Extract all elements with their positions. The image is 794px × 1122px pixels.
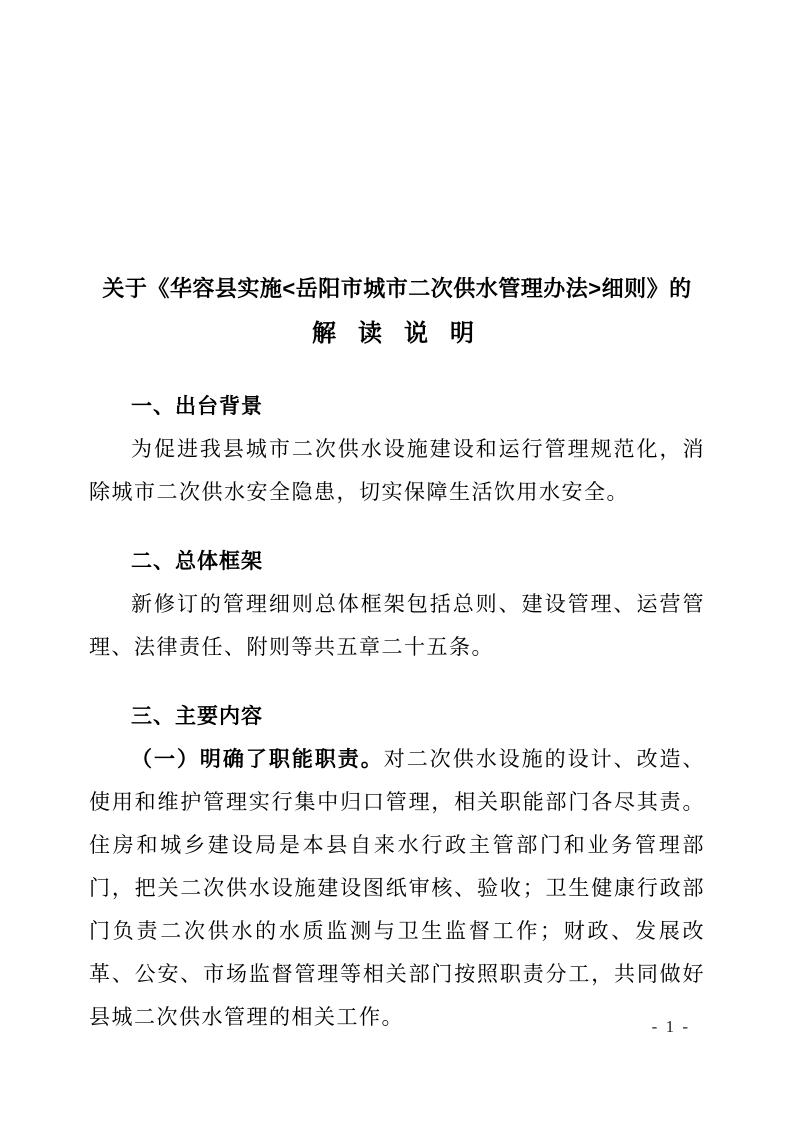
paragraph-body-text: 对二次供水设施的设计、改造、使用和维护管理实行集中归口管理，相关职能部门各尽其责… xyxy=(89,747,705,1029)
section-framework: 二、总体框架 新修订的管理细则总体框架包括总则、建设管理、运营管理、法律责任、附… xyxy=(89,540,705,669)
section-main-content: 三、主要内容 （一）明确了职能职责。对二次供水设施的设计、改造、使用和维护管理实… xyxy=(89,695,705,1039)
section-framework-heading: 二、总体框架 xyxy=(89,540,705,583)
paragraph-bold-lead: （一）明确了职能职责。 xyxy=(131,747,384,771)
section-background-heading: 一、出台背景 xyxy=(89,385,705,428)
document-title-line1: 关于《华容县实施<岳阳市城市二次供水管理办法>细则》的 xyxy=(89,274,705,304)
document-content: 关于《华容县实施<岳阳市城市二次供水管理办法>细则》的 解 读 说 明 一、出台… xyxy=(89,274,705,1039)
document-title-line2: 解 读 说 明 xyxy=(89,317,705,351)
section-main-content-heading: 三、主要内容 xyxy=(89,695,705,738)
page-number: - 1 - xyxy=(652,1016,690,1038)
document-page: 关于《华容县实施<岳阳市城市二次供水管理办法>细则》的 解 读 说 明 一、出台… xyxy=(0,0,794,1122)
section-background: 一、出台背景 为促进我县城市二次供水设施建设和运行管理规范化，消除城市二次供水安… xyxy=(89,385,705,514)
section-background-paragraph: 为促进我县城市二次供水设施建设和运行管理规范化，消除城市二次供水安全隐患，切实保… xyxy=(89,428,705,514)
section-main-content-paragraph: （一）明确了职能职责。对二次供水设施的设计、改造、使用和维护管理实行集中归口管理… xyxy=(89,738,705,1039)
section-framework-paragraph: 新修订的管理细则总体框架包括总则、建设管理、运营管理、法律责任、附则等共五章二十… xyxy=(89,583,705,669)
